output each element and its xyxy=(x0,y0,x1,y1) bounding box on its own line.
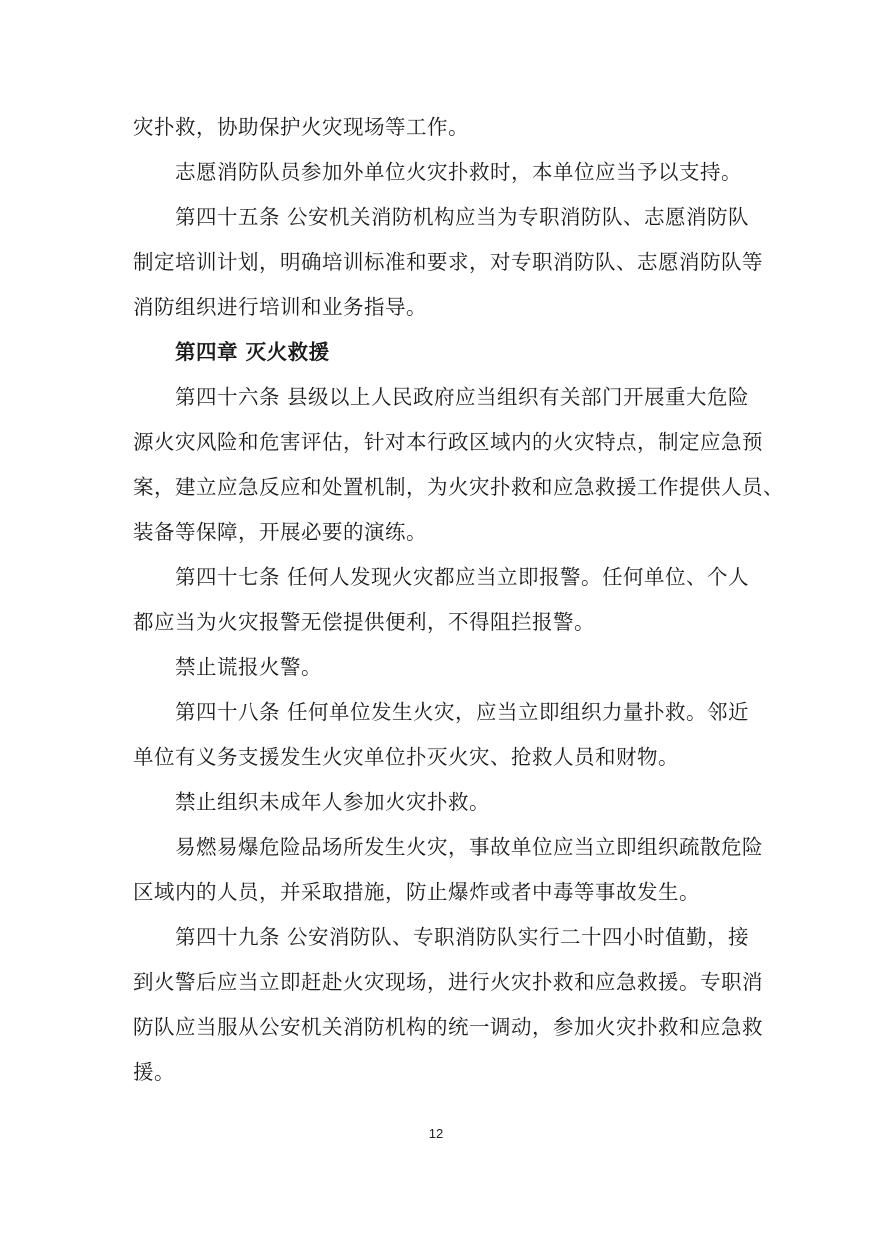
text-line: 都应当为火灾报警无偿提供便利，不得阻拦报警。 xyxy=(133,607,743,652)
chapter-heading: 第四章 灭火救援 xyxy=(133,337,743,382)
text-line: 援。 xyxy=(133,1057,743,1102)
article-45-line: 第四十五条 公安机关消防机构应当为专职消防队、志愿消防队 xyxy=(133,202,743,247)
text-line: 源火灾风险和危害评估，针对本行政区域内的火灾特点，制定应急预 xyxy=(133,427,743,472)
text-line: 禁止谎报火警。 xyxy=(133,652,743,697)
text-line: 装备等保障，开展必要的演练。 xyxy=(133,517,743,562)
text-line: 易燃易爆危险品场所发生火灾，事故单位应当立即组织疏散危险 xyxy=(133,832,743,877)
text-line: 区域内的人员，并采取措施，防止爆炸或者中毒等事故发生。 xyxy=(133,877,743,922)
text-line: 到火警后应当立即赶赴火灾现场，进行火灾扑救和应急救援。专职消 xyxy=(133,967,743,1012)
text-line: 志愿消防队员参加外单位火灾扑救时，本单位应当予以支持。 xyxy=(133,157,743,202)
text-line: 灾扑救，协助保护火灾现场等工作。 xyxy=(133,112,743,157)
text-line: 制定培训计划，明确培训标准和要求，对专职消防队、志愿消防队等 xyxy=(133,247,743,292)
text-line: 消防组织进行培训和业务指导。 xyxy=(133,292,743,337)
text-line: 禁止组织未成年人参加火灾扑救。 xyxy=(133,787,743,832)
text-line: 防队应当服从公安机关消防机构的统一调动，参加火灾扑救和应急救 xyxy=(133,1012,743,1057)
document-page: 灾扑救，协助保护火灾现场等工作。 志愿消防队员参加外单位火灾扑救时，本单位应当予… xyxy=(133,112,743,1102)
page-number: 12 xyxy=(0,1126,872,1141)
article-48-line: 第四十八条 任何单位发生火灾，应当立即组织力量扑救。邻近 xyxy=(133,697,743,742)
article-49-line: 第四十九条 公安消防队、专职消防队实行二十四小时值勤，接 xyxy=(133,922,743,967)
article-46-line: 第四十六条 县级以上人民政府应当组织有关部门开展重大危险 xyxy=(133,382,743,427)
text-line: 单位有义务支援发生火灾单位扑灭火灾、抢救人员和财物。 xyxy=(133,742,743,787)
article-47-line: 第四十七条 任何人发现火灾都应当立即报警。任何单位、个人 xyxy=(133,562,743,607)
text-line: 案，建立应急反应和处置机制，为火灾扑救和应急救援工作提供人员、 xyxy=(133,472,743,517)
